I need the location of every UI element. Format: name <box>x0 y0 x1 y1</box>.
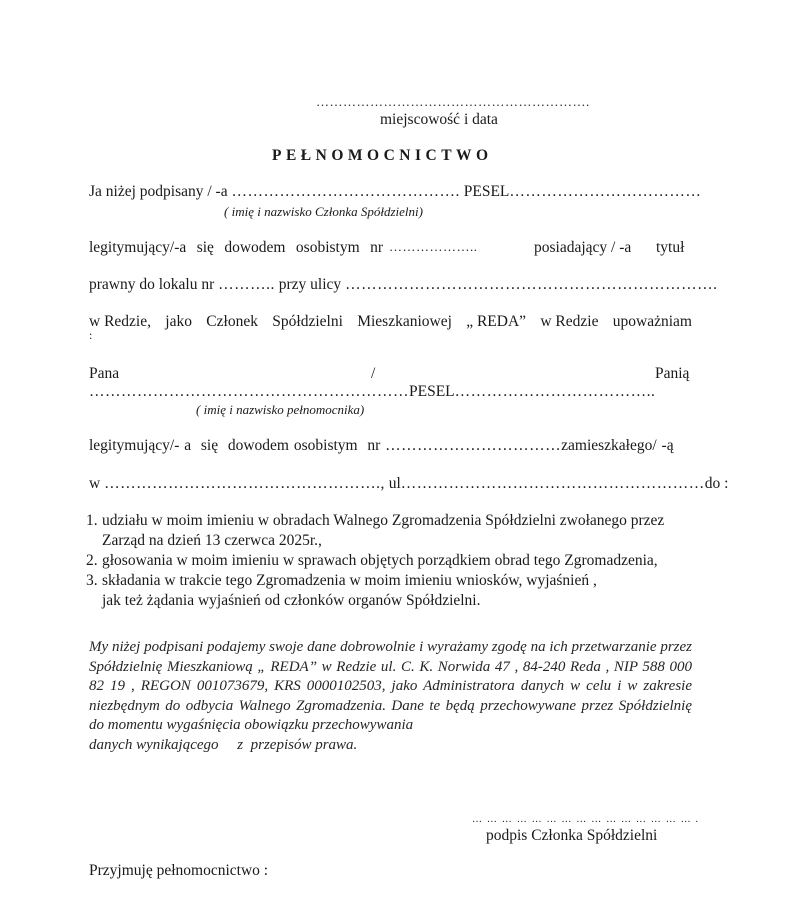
power-text: udziału w moim imieniu w obradach Walneg… <box>102 512 664 549</box>
power-item: 1. udziału w moim imieniu w obradach Wal… <box>86 511 706 551</box>
attorney-mrs-label: Panią <box>655 365 689 383</box>
grantor-name-field[interactable]: ……………………………………. <box>231 183 459 200</box>
premises-label: prawny do lokalu nr <box>89 276 214 293</box>
powers-list: 1. udziału w moim imieniu w obradach Wal… <box>86 511 706 611</box>
member-signature-field[interactable]: … … … … … … … … … … … … … … … . <box>472 814 699 825</box>
grantor-id-number-field[interactable]: ……………….. <box>389 239 478 255</box>
authorization-line: w Redzie, jako Członek Spółdzielni Miesz… <box>89 313 692 331</box>
street-field[interactable]: ……………………………………………………………. <box>345 276 717 293</box>
consent-body: My niżej podpisani podajemy swoje dane d… <box>89 638 692 736</box>
street-label: przy ulicy <box>279 276 341 293</box>
word: w Redzie, <box>89 313 151 331</box>
attorney-mr-label: Pana <box>89 365 119 383</box>
grantor-name-line: Ja niżej podpisany / -a ……………………………………. … <box>89 183 701 201</box>
word: osobistym <box>296 239 360 257</box>
grantor-holding-label: posiadający / -a <box>534 239 631 257</box>
word: się <box>197 239 214 257</box>
attorney-name-field[interactable]: …………………………………………………… <box>89 383 409 400</box>
attorney-city-prefix: w <box>89 475 100 492</box>
attorney-id-number-field[interactable]: …………………………… <box>385 437 561 454</box>
attorney-street-field[interactable]: ………………………………………………… <box>401 475 705 492</box>
word: Członek <box>206 313 258 331</box>
word: „ REDA” <box>466 313 526 331</box>
attorney-address-line: w ……………………………………………., ul…………………………………………… <box>89 475 728 493</box>
power-number: 1. <box>86 511 98 531</box>
power-text: głosowania w moim imieniu w sprawach obj… <box>102 552 658 569</box>
word: dowodem <box>224 239 285 257</box>
grantor-pesel-field[interactable]: ……………………………… <box>509 183 701 200</box>
power-text: składania w trakcie tego Zgromadzenia w … <box>102 572 597 609</box>
consent-last-line: danych wynikającego z przepisów prawa. <box>89 736 692 756</box>
power-item: 2. głosowania w moim imieniu w sprawach … <box>86 551 706 571</box>
grantor-name-hint: ( imię i nazwisko Członka Spółdzielni) <box>224 204 423 220</box>
power-number: 3. <box>86 571 98 591</box>
attorney-city-field[interactable]: ……………………………………………., <box>104 475 385 492</box>
grantor-id-words: legitymujący/-a się dowodem osobistym nr <box>89 239 383 257</box>
premises-number-field[interactable]: ……….. <box>218 276 275 293</box>
word: Spółdzielni <box>272 313 343 331</box>
attorney-id-line: legitymujący/- a się dowodem osobistym n… <box>89 437 674 455</box>
word: Mieszkaniowej <box>357 313 452 331</box>
power-number: 2. <box>86 551 98 571</box>
attorney-name-hint: ( imię i nazwisko pełnomocnika) <box>196 402 364 418</box>
member-signature-label: podpis Członka Spółdzielni <box>486 827 657 845</box>
data-consent-clause: My niżej podpisani podajemy swoje dane d… <box>89 638 692 755</box>
word: nr <box>370 239 383 257</box>
attorney-slash: / <box>371 365 375 383</box>
word: jako <box>165 313 192 331</box>
grantor-title-label: tytuł <box>656 239 684 257</box>
grantor-intro: Ja niżej podpisany / -a <box>89 183 228 200</box>
attorney-id-label: legitymujący/- a się dowodem osobistym n… <box>89 437 380 454</box>
attorney-street-prefix: ul <box>389 475 401 492</box>
document-title: PEŁNOMOCNICTWO <box>272 147 493 165</box>
word: w Redzie <box>540 313 598 331</box>
attorney-to-label: do : <box>705 475 729 492</box>
place-date-field[interactable]: ……………………………………………………. <box>316 94 590 110</box>
power-item: 3. składania w trakcie tego Zgromadzenia… <box>86 571 706 611</box>
grantor-pesel-label: PESEL <box>464 183 510 200</box>
place-date-label: miejscowość i data <box>380 111 498 129</box>
word: upoważniam <box>613 313 692 331</box>
attorney-pesel-label: PESEL <box>409 383 455 400</box>
attorney-residing-label: zamieszkałego/ -ą <box>561 437 673 454</box>
acceptance-label: Przyjmuję pełnomocnictwo : <box>89 862 268 880</box>
premises-line: prawny do lokalu nr ……….. przy ulicy ………… <box>89 276 717 294</box>
attorney-pesel-field[interactable]: ……………………………….. <box>455 383 656 400</box>
attorney-name-line: ……………………………………………………PESEL……………………………….. <box>89 383 655 401</box>
word: legitymujący/-a <box>89 239 186 257</box>
authorization-colon: : <box>89 328 92 343</box>
